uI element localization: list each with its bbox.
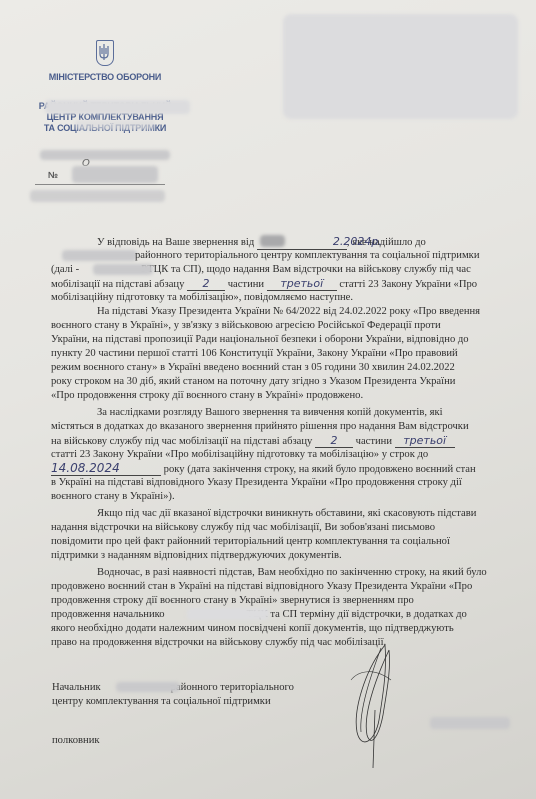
p2-line3: України, на підставі пропозиції Ради нац…	[51, 333, 515, 346]
official-letter: МІНІСТЕРСТВО ОБОРОНИ РАЙОННИЙ ТЕРИТОРІАЛ…	[0, 0, 536, 799]
p4-line2: надання відстрочки на військову службу п…	[51, 521, 515, 534]
p2-line4: пункту 20 частини першої статті 106 Конс…	[51, 347, 515, 360]
divider	[35, 184, 165, 185]
signatory-name-redacted	[430, 717, 510, 729]
p2-line7: «Про продовження строку дії воєнного ста…	[51, 389, 515, 402]
p3-line7: воєнного стану в Україні»).	[51, 490, 515, 503]
p2-line2: воєнного стану в Україні», у зв'язку з в…	[51, 319, 515, 332]
p3-line6: в Україні на підставі відповідного Указу…	[51, 476, 515, 489]
coat-of-arms-icon	[96, 40, 114, 66]
redacted-region	[93, 264, 153, 275]
request-date-field: 2.2024р.	[257, 235, 347, 250]
p4-line1: Якщо під час дії вказаної відстрочки вин…	[51, 507, 515, 520]
p4-line4: підтримки з наданням відповідних підтвер…	[51, 549, 515, 562]
p1-line1: У відповідь на Ваше звернення від 2.2024…	[51, 235, 515, 250]
redacted-region	[72, 166, 158, 183]
p5-line6: право на продовження відстрочки на війсь…	[51, 636, 515, 649]
p2-line1: На підставі Указу Президента України № 6…	[51, 305, 515, 318]
redacted-region	[40, 150, 170, 160]
p3-line5: 14.08.2024 року (дата закінчення строку,…	[51, 462, 515, 476]
p1-line4: мобілізації на підставі абзацу 2 частини…	[51, 277, 515, 291]
ministry-name: МІНІСТЕРСТВО ОБОРОНИ	[30, 72, 180, 83]
signatory-title-line2: центру комплектування та соціальної підт…	[52, 695, 516, 708]
p3-line1: За наслідками розгляду Вашого звернення …	[51, 406, 515, 419]
redacted-region	[45, 100, 190, 114]
redacted-region	[30, 190, 165, 202]
redacted-region	[187, 608, 269, 620]
deferral-end-date: 14.08.2024	[51, 462, 161, 476]
p3-line2: містяться в додатках до вказаного зверне…	[51, 420, 515, 433]
p1-line2: районного територіального центру комплек…	[51, 249, 515, 262]
p5-line2: продовжено воєнний стан в Україні на під…	[51, 580, 515, 593]
p3-line4: статті 23 Закону України «Про мобілізаці…	[51, 448, 515, 461]
p5-line5: якого необхідно додати належним чином по…	[51, 622, 515, 635]
p5-line4: продовження начальникоТЦК та СП терміну …	[51, 608, 515, 621]
signatory-rank: полковник	[52, 734, 516, 747]
p2-line5: режим воєнного стану» в Україні введено …	[51, 361, 515, 374]
p5-line1: Водночас, в разі наявності підстав, Вам …	[51, 566, 515, 579]
p5-line3: продовження строку дії воєнного стану в …	[51, 594, 515, 607]
p3-line3: на військову службу під час мобілізації …	[51, 434, 515, 448]
p1-line5: мобілізаційну підготовку та мобілізацію»…	[51, 291, 515, 304]
addressee-redacted	[283, 14, 518, 119]
redacted-region	[116, 682, 180, 692]
p4-line3: повідомити про цей факт районний територ…	[51, 535, 515, 548]
signature-icon	[345, 640, 415, 770]
p2-line6: року строком на 30 діб, який станом на п…	[51, 375, 515, 388]
redacted-region	[75, 120, 155, 130]
letter-number-label: №	[48, 170, 58, 181]
